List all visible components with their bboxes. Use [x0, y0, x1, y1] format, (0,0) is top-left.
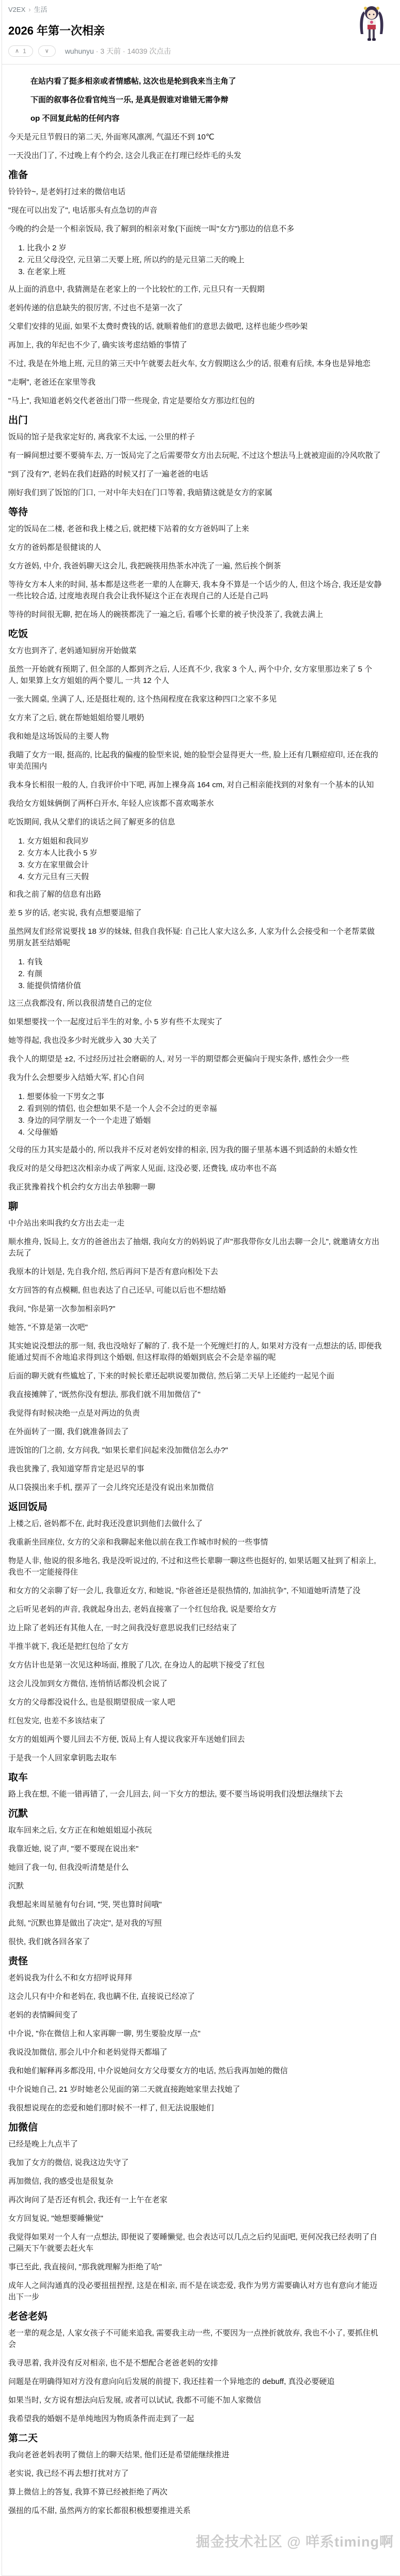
downvote-button[interactable]: ∨ — [38, 45, 56, 57]
paragraph: 问题是在明确得知对方没有意向向后发展的前提下, 我还挂着一个异地恋的 debuf… — [8, 2376, 382, 2388]
section-heading: 取车 — [8, 1771, 382, 1785]
chevron-up-icon: ∧ — [15, 47, 19, 55]
paragraph: 女方回答的有点模糊, 但也表达了自己还早, 可能以后也不想结婚 — [8, 1285, 382, 1296]
paragraph: 于是我一个人回家拿钥匙去取车 — [8, 1753, 382, 1764]
meta-separator: · — [121, 47, 127, 55]
list-item: 女方姐姐和我同岁 — [27, 835, 382, 847]
paragraph: 和女方的父亲聊了好一会儿, 我靠近女方, 和她说, "你爸爸还是很热情的, 加油… — [8, 1585, 382, 1597]
upvote-button[interactable]: ∧1 — [8, 45, 33, 57]
paragraph: 我本身长相很一般的人, 自我评价中下吧, 再加上裸身高 164 cm, 对自己相… — [8, 780, 382, 791]
paragraph: 不过, 我是在外地上班, 元旦的第三天中午就要去赶火车, 女方假期这么少的话, … — [8, 358, 382, 370]
paragraph: 今晚的约会是一个相亲饭局, 我了解到的相亲对象(下面统一叫"女方")那边的信息不… — [8, 224, 382, 235]
paragraph: 我寻思着, 我并没有反对相亲, 也不是不想配合老爸老妈的安排 — [8, 2358, 382, 2369]
section-heading: 第二天 — [8, 2432, 382, 2445]
paragraph: 她答, "不算是第一次吧" — [8, 1322, 382, 1333]
list-item: 元旦父母没空, 元旦第二天要上班, 所以约的是元旦第二天的晚上 — [27, 254, 382, 266]
topic-meta: wuhunyu · 3 天前 · 14039 次点击 — [65, 46, 171, 56]
paragraph: 今天是元旦节假日的第二天, 外面寒风凛冽, 气温还不到 10℃ — [8, 132, 382, 143]
topic-header: V2EX›生活 2026 年第一次相亲 ∧1 ∨ wuhunyu · 3 天前 … — [2, 0, 400, 65]
paragraph: 虽然一开始就有预期了, 但全部的人都到齐之后, 人还真不少, 我家 3 个人, … — [8, 664, 382, 687]
paragraph: 父母的压力其实是最小的, 所以我并不反对老妈安排的相亲, 因为我的圈子里基本遇不… — [8, 1144, 382, 1156]
paragraph: 我也犹豫了, 我知道穿帮肯定是迟早的事 — [8, 1464, 382, 1475]
user-avatar[interactable] — [357, 4, 387, 45]
list-item: 女方本人比我小 5 岁 — [27, 847, 382, 859]
meta-separator: · — [94, 47, 100, 55]
paragraph: 边上除了老妈还有其他人在, 一时之间我没好意思说我们已经结束了 — [8, 1623, 382, 1634]
paragraph: 我直接摊牌了, "既然你没有想法, 那我们就不用加微信了" — [8, 1389, 382, 1401]
paragraph: 她回了我一句, 但我没听清楚是什么 — [8, 1862, 382, 1873]
list-item: 看到别的情侣, 也会想如果不是一个人会不会过的更幸福 — [27, 1103, 382, 1115]
paragraph: 女方的父母都没说什么, 也是很期望很成一家人吧 — [8, 1697, 382, 1708]
paragraph: 已经是晚上九点半了 — [8, 2139, 382, 2150]
paragraph: 我反对的是父母把这次相亲办成了两家人见面, 这没必要, 还费钱, 成功率也不高 — [8, 1163, 382, 1174]
paragraph: 等待的时间很无聊, 把在场人的碗筷都洗了一遍之后, 看哪个长辈的被子快没茶了, … — [8, 609, 382, 621]
paragraph: 这会儿只有中介和老妈在, 我也瞒不住, 直接说已经凉了 — [8, 1991, 382, 2002]
quote-line: 在站内看了挺多相亲或者情感帖, 这次也是轮到我来当主角了 — [30, 76, 382, 87]
paragraph: 如果当时, 女方说有想法向后发展, 或者可以试试, 我都不可能不加人家微信 — [8, 2395, 382, 2406]
list-item: 有钱 — [27, 956, 382, 968]
paragraph: 老实说, 我已经不再去想打扰对方了 — [8, 2468, 382, 2479]
quote-line: 下面的叙事各位看官纯当一乐, 是真是假谁对谁错无需争辩 — [30, 94, 382, 106]
quote-block: 在站内看了挺多相亲或者情感帖, 这次也是轮到我来当主角了下面的叙事各位看官纯当一… — [8, 76, 382, 124]
paragraph: 再加微信, 我的感受也是很复杂 — [8, 2176, 382, 2187]
paragraph: 我说没加微信, 那会儿中介和老妈觉得天都塌了 — [8, 2047, 382, 2058]
paragraph: 老妈传递的信息缺失的很厉害, 不过也不是第一次了 — [8, 303, 382, 314]
paragraph: 女方来了之后, 就在帮她姐姐给婴儿喂奶 — [8, 712, 382, 724]
breadcrumb-separator: › — [28, 6, 30, 13]
list-item: 女方元旦有三天假 — [27, 871, 382, 883]
paragraph: 在外面转了一圈, 我们就准备回去了 — [8, 1426, 382, 1438]
paragraph: 女方的姐姐两个婴儿回去不方便, 饭局上有人提议我家开车送她们回去 — [8, 1734, 382, 1745]
list-item: 能提供情绪价值 — [27, 980, 382, 992]
paragraph: 我想起来周星驰有句台词, "哭, 哭也算时间哦" — [8, 1899, 382, 1911]
author-link[interactable]: wuhunyu — [65, 47, 94, 55]
paragraph: 刚好我们到了饭馆的门口, 一对中年夫妇在门口等着, 我暗猜这就是女方的家属 — [8, 487, 382, 499]
section-heading: 沉默 — [8, 1807, 382, 1821]
paragraph: 很快, 我们就各回各家了 — [8, 1936, 382, 1948]
list-item: 有颜 — [27, 968, 382, 980]
paragraph: 上楼之后, 爸妈都不在, 此时我还没意识到他们去做什么了 — [8, 1518, 382, 1530]
paragraph: 后面的聊天就有些尴尬了, 下来的时候长辈还起哄说要加微信, 然后第二天早上还能约… — [8, 1371, 382, 1382]
paragraph: 此刻, "沉默也算是做出了决定", 是对我的写照 — [8, 1918, 382, 1929]
paragraph: 我正犹豫着找个机会约女方出去单独聊一聊 — [8, 1182, 382, 1193]
paragraph: 她等得起, 我也没多少时光就步入 30 大关了 — [8, 1035, 382, 1046]
post-time: 3 天前 — [100, 47, 121, 55]
breadcrumb-section-link[interactable]: 生活 — [34, 6, 47, 13]
vote-row: ∧1 ∨ wuhunyu · 3 天前 · 14039 次点击 — [8, 45, 385, 64]
paragraph: 再加上, 我的年纪也不少了, 确实该考虑结婚的事情了 — [8, 340, 382, 351]
paragraph: "马上", 我知道老妈交代老爸出门带一些现金, 肯定是要给女方那边红包的 — [8, 395, 382, 407]
numbered-list: 女方姐姐和我同岁女方本人比我小 5 岁女方在家里做会计女方元旦有三天假 — [8, 835, 382, 883]
numbered-list: 想要体验一下男女之事看到别的情侣, 也会想如果不是一个人会不会过的更幸福身边的同… — [8, 1091, 382, 1138]
paragraph: 这三点我都没有, 所以我很清楚自己的定位 — [8, 998, 382, 1009]
anime-avatar-image — [357, 4, 387, 45]
paragraph: 我问, "你是第一次参加相亲吗?" — [8, 1303, 382, 1315]
list-item: 女方在家里做会计 — [27, 859, 382, 871]
paragraph: 女方的爸妈都是很健谈的人 — [8, 542, 382, 553]
click-count: 14039 次点击 — [127, 47, 171, 55]
paragraph: 我很想说现在的恋爱和她们那时候不一样了, 但无法说服她们 — [8, 2103, 382, 2114]
paragraph: 有一瞬间想过要不要骑车去, 万一饭局完了之后需要带女方出去玩呢, 不过这个想法马… — [8, 450, 382, 462]
paragraph: 半推半就下, 我还是把红包给了女方 — [8, 1641, 382, 1652]
paragraph: 我重新坐回座位, 女方的父亲和我聊起来他以前在我工作城市时候的一些事情 — [8, 1537, 382, 1548]
paragraph: 老一辈的观念是, 人家女孩子不可能来追我, 需要我主动一些, 不要因为一点挫折就… — [8, 2328, 382, 2350]
paragraph: 其实她说没想法的那一刻, 我也没啥好了解的了. 我不是一个死缠烂打的人, 如果对… — [8, 1341, 382, 1363]
page-title: 2026 年第一次相亲 — [8, 22, 385, 38]
paragraph: 成年人之间沟通真的没必要扭扭捏捏, 这是在相亲, 而不是在谈恋爱, 我作为男方需… — [8, 2280, 382, 2303]
paragraph: 饭局的馆子是我家定好的, 离我家不太远, 一公里的样子 — [8, 432, 382, 443]
paragraph: 进饭馆的门之前, 女方问我, "如果长辈们问起来没加微信怎么办?" — [8, 1445, 382, 1456]
paragraph: "到了没有?", 老妈在我们赶路的时候又打了一遍老爸的电话 — [8, 469, 382, 480]
list-item: 身边的同学朋友一个一个走进了婚姻 — [27, 1115, 382, 1126]
section-heading: 聊 — [8, 1200, 382, 1214]
paragraph: 我和她是这场饭局的主要人物 — [8, 731, 382, 742]
paragraph: 差 5 岁的话, 老实说, 我有点想要退缩了 — [8, 908, 382, 919]
paragraph: 中介说, "你在微信上和人家再聊一聊, 男生要脸皮厚一点" — [8, 2028, 382, 2040]
list-item: 想要体验一下男女之事 — [27, 1091, 382, 1103]
upvote-count: 1 — [23, 47, 26, 55]
paragraph: 从上面的消息中, 我猜测是在老家上的一个比较忙的工作, 元旦只有一天假期 — [8, 284, 382, 295]
paragraph: 和我之前了解的信息有出路 — [8, 889, 382, 900]
paragraph: 算上微信上的答复, 我算不算已经被拒绝了两次 — [8, 2487, 382, 2498]
paragraph: 我原本的计划是, 先自我介绍, 然后再问下是否有意向相处下去 — [8, 1266, 382, 1278]
article-body: 在站内看了挺多相亲或者情感帖, 这次也是轮到我来当主角了下面的叙事各位看官纯当一… — [2, 65, 400, 2575]
paragraph: 我和她们解释再多都没用, 中介说她问女方父母要女方的电话, 然后我再加她的微信 — [8, 2065, 382, 2077]
list-item: 比我小 2 岁 — [27, 242, 382, 254]
paragraph: 我个人的期望是 ±2, 不过经历过社会磨砺的人, 对另一半的期望都会更偏向于现实… — [8, 1054, 382, 1065]
paragraph: 我觉得有时候决绝一点是对两边的负责 — [8, 1408, 382, 1419]
paragraph: 强扭的瓜不甜, 虽然两方的家长都很积极想要推进关系 — [8, 2505, 382, 2517]
section-heading: 返回饭局 — [8, 1501, 382, 1514]
breadcrumb-site-link[interactable]: V2EX — [8, 6, 25, 13]
paragraph: 这会儿没加到女方微信, 连悄悄话都没机会说了 — [8, 1678, 382, 1690]
quote-line: op 不回复此帖的任何内容 — [30, 113, 382, 124]
paragraph: 虽然网友们经常说要找 18 岁的妹妹, 但我自我怀疑: 自己比人家大这么多, 人… — [8, 926, 382, 949]
paragraph: 我觉得如果对一个人有一点想法, 即便说了要睡懒觉, 也会表达可以几点之后约见面吧… — [8, 2232, 382, 2254]
paragraph: 沉默 — [8, 1881, 382, 1892]
section-heading: 等待 — [8, 506, 382, 519]
topic-page: V2EX›生活 2026 年第一次相亲 ∧1 ∨ wuhunyu · 3 天前 … — [2, 0, 400, 2576]
paragraph: 我加了女方的微信, 说我这边失守了 — [8, 2157, 382, 2169]
paragraph: 中介说她自己, 21 岁时她老公见面的第二天就直接跑她家里去找她了 — [8, 2084, 382, 2095]
paragraph: 我希望我的婚姻不是单纯地因为物质条件而走到了一起 — [8, 2413, 382, 2425]
paragraph: 取车回来之后, 女方正在和她姐姐逗小孩玩 — [8, 1825, 382, 1836]
paragraph: "走啊", 老爸还在家里等我 — [8, 377, 382, 388]
paragraph: "现在可以出发了", 电话那头有点急切的声音 — [8, 205, 382, 216]
section-heading: 出门 — [8, 414, 382, 427]
paragraph: 如果想要找一个一起度过后半生的对象, 小 5 岁有些不太现实了 — [8, 1016, 382, 1028]
chevron-down-icon: ∨ — [45, 47, 49, 55]
watermark-text: 掘金技术社区 @ 咩系timing啊 — [196, 2531, 394, 2551]
paragraph: 等待女方本人来的时间, 基本都是这些老一辈的人在聊天, 我本身不算是一个话少的人… — [8, 579, 382, 602]
paragraph: 一张大圆桌, 坐满了人, 还是挺壮观的, 这个热闹程度在我家这种四口之家不多见 — [8, 694, 382, 705]
section-heading: 加微信 — [8, 2121, 382, 2135]
paragraph: 再次询问了是否还有机会, 我还有一上午在老家 — [8, 2195, 382, 2206]
paragraph: 定的饭局在二楼, 老爸和我上楼之后, 就把楼下站着的女方爸妈叫了上来 — [8, 523, 382, 535]
paragraph: 一天没出门了, 不过晚上有个约会, 这会儿我正在打理已经炸毛的头发 — [8, 150, 382, 162]
numbered-list: 比我小 2 岁元旦父母没空, 元旦第二天要上班, 所以约的是元旦第二天的晚上在老… — [8, 242, 382, 278]
paragraph: 红包发完, 也差不多该结束了 — [8, 1715, 382, 1727]
paragraph: 女方也到齐了, 老妈通知厨房开始做菜 — [8, 645, 382, 657]
paragraph: 我瞄了女方一眼, 挺高的, 比起我的偏瘦的脸型来说, 她的脸型会显得更大一些, … — [8, 750, 382, 772]
breadcrumb: V2EX›生活 — [8, 4, 385, 14]
list-item: 在老家上班 — [27, 266, 382, 278]
paragraph: 之后听见老妈的声音, 我就起身出去, 老妈直接塞了一个红包给我, 说是要给女方 — [8, 1604, 382, 1615]
section-heading: 准备 — [8, 169, 382, 182]
paragraph: 老妈的表情瞬间变了 — [8, 2010, 382, 2021]
paragraph: 女方回复说, "她想要睡懒觉" — [8, 2213, 382, 2224]
paragraph: 路上我在想, 不能一错再错了, 一会儿回去, 问一下女方的想法, 要不要当场说明… — [8, 1789, 382, 1800]
paragraph: 事已至此, 我直接问, "那我就理解为拒绝了哈" — [8, 2262, 382, 2273]
paragraph: 女方爸妈, 中介, 我爸妈聊天这会儿, 我把碗筷用热茶水冲洗了一遍, 然后挨个倒… — [8, 561, 382, 572]
paragraph: 我为什么会想要步入结婚大军, 扪心自问 — [8, 1072, 382, 1084]
paragraph: 吃饭期间, 我从父辈们的谈话之间了解更多的信息 — [8, 817, 382, 828]
paragraph: 我向老爸老妈表明了微信上的聊天结果, 他们还是希望能继续推进 — [8, 2450, 382, 2461]
section-heading: 责怪 — [8, 1955, 382, 1968]
paragraph: 父辈们安排的见面, 如果不太费时费钱的话, 就顺着他们的意思去做吧, 这样也能少… — [8, 321, 382, 332]
paragraph: 我靠近她, 说了声, "要不要现在说出来" — [8, 1843, 382, 1855]
section-heading: 吃饭 — [8, 628, 382, 641]
paragraph: 顺水推舟, 饭局上, 女方的爸爸出去了抽烟, 我向女方的妈妈说了声"那我带你女儿… — [8, 1236, 382, 1259]
paragraph: 我给女方姐妹俩倒了两杯白开水, 年轻人应该都不喜欢喝茶水 — [8, 798, 382, 809]
section-heading: 老爸老妈 — [8, 2310, 382, 2324]
paragraph: 物是人非, 他说的很多地名, 我是没听说过的, 不过和这些长辈聊一聊这些也挺好的… — [8, 1555, 382, 1578]
paragraph: 女方估计也是第一次见这种场面, 推脱了几次, 在身边人的起哄下接受了红包 — [8, 1660, 382, 1671]
paragraph: 中介站出来叫我约女方出去走一走 — [8, 1218, 382, 1229]
paragraph: 老妈说我为什么不和女方招呼说拜拜 — [8, 1973, 382, 1984]
paragraph: 铃铃铃~, 是老妈打过来的微信电话 — [8, 186, 382, 198]
numbered-list: 有钱有颜能提供情绪价值 — [8, 956, 382, 992]
paragraph: 从口袋摸出来手机, 摆弄了一会儿终究还是没有说出来加微信 — [8, 1482, 382, 1493]
list-item: 父母催婚 — [27, 1126, 382, 1138]
